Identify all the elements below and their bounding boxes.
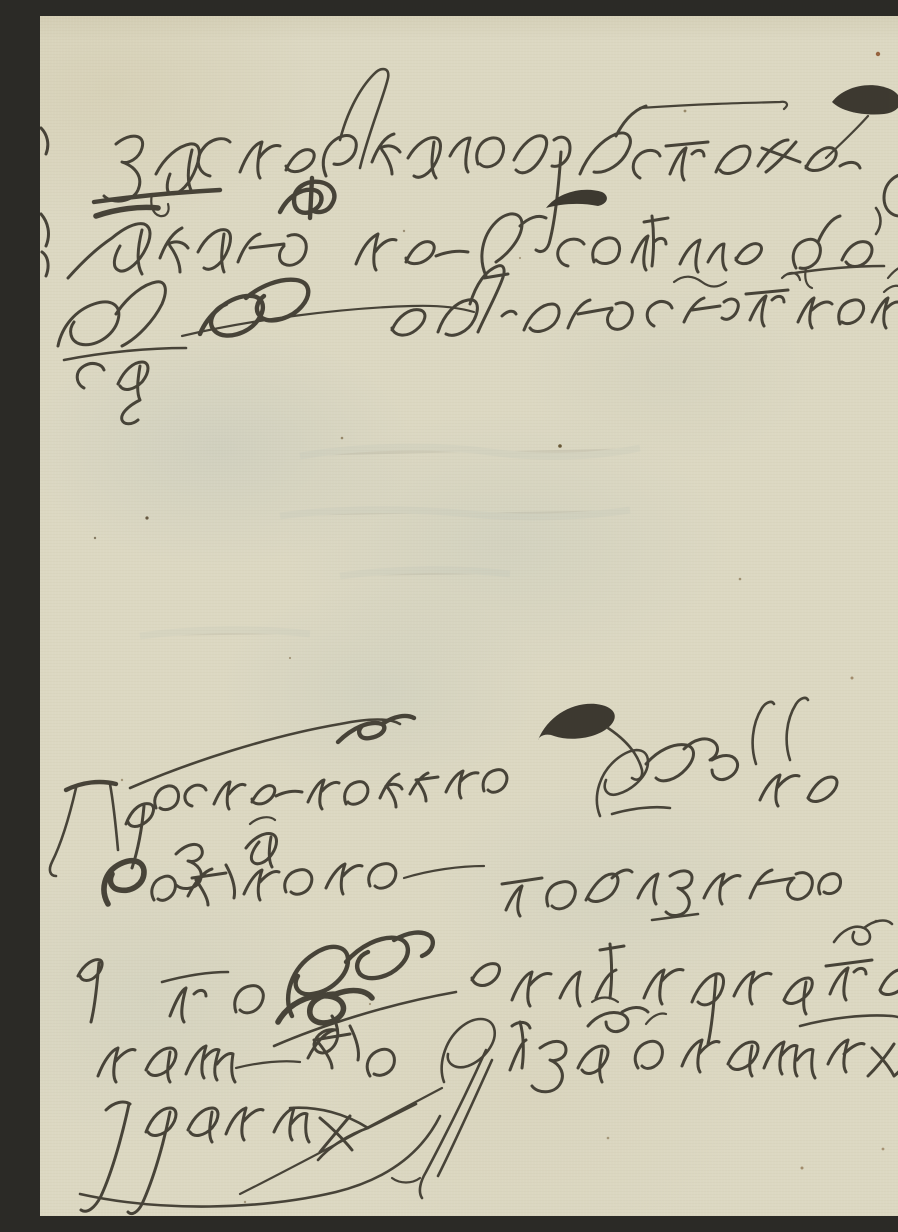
show-through-ghost-text — [140, 447, 640, 636]
handwritten-line — [58, 258, 898, 360]
handwritten-block-bottom — [50, 698, 898, 1214]
handwriting-layer — [40, 16, 898, 1216]
handwritten-line — [50, 739, 837, 889]
pen-flourish-trailing — [80, 1088, 442, 1207]
handwritten-line — [98, 991, 898, 1198]
handwritten-line — [77, 362, 148, 424]
handwritten-block-top — [41, 69, 898, 424]
handwritten-line — [41, 69, 898, 251]
handwritten-line — [104, 861, 841, 920]
handwritten-line — [78, 921, 898, 1053]
manuscript-page: Handwritten manuscript leaf in early Cyr… — [40, 16, 898, 1216]
